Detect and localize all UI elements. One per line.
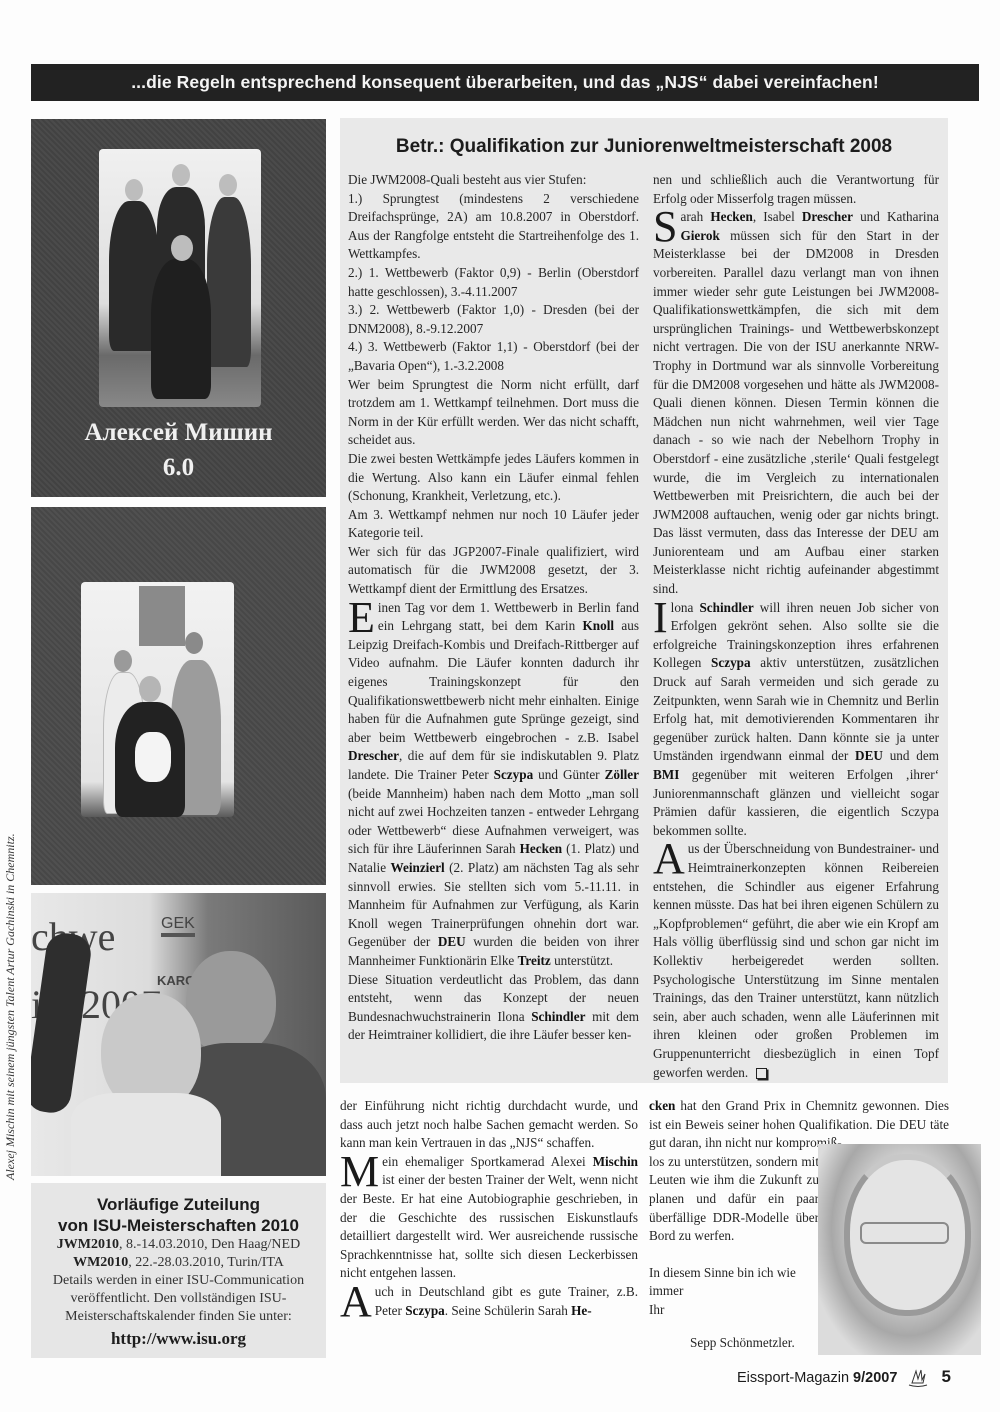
page-footer: Eissport-Magazin 9/2007 5 (737, 1367, 951, 1388)
paragraph: Wer sich für das JGP2007-Finale qualifiz… (348, 543, 639, 599)
paragraph: Auch in Deutschland gibt es gute Trainer… (340, 1283, 638, 1320)
drop-cap: S (653, 210, 677, 244)
paragraph: 2.) 1. Wettbewerb (Faktor 0,9) - Berlin … (348, 264, 639, 301)
paragraph: Sarah Hecken, Isabel Drescher und Kathar… (653, 208, 939, 598)
isu-championships-infobox: Vorläufige Zuteilung von ISU-Meisterscha… (31, 1183, 326, 1358)
paragraph: Wer beim Sprungtest die Norm nicht erfül… (348, 376, 639, 450)
infobox-note: Details werden in einer ISU-Communicatio… (31, 1272, 326, 1290)
issue-number: 9/2007 (853, 1370, 897, 1386)
page-number: 5 (941, 1367, 950, 1386)
drop-cap: E (348, 601, 375, 635)
paragraph: der Einführung nicht richtig durchdacht … (340, 1097, 638, 1153)
figure-head (171, 235, 193, 261)
article-title: Betr.: Qualifikation zur Juniorenweltmei… (340, 136, 948, 158)
book-cover-photo: Алексей Мишин 6.0 (31, 119, 326, 497)
headline-banner: ...die Regeln entsprechend konsequent üb… (31, 64, 979, 101)
figure-head (172, 164, 190, 186)
isu-link[interactable]: http://www.isu.org (31, 1328, 326, 1350)
figure-head (185, 632, 203, 654)
paragraph: 4.) 3. Wettbewerb (Faktor 1,1) - Oberstd… (348, 338, 639, 375)
paragraph: Ilona Schindler will ihren neuen Job sic… (653, 599, 939, 841)
paragraph: nen und schließlich auch die Verantwortu… (653, 171, 939, 208)
paragraph: los zu unterstützen, sondern mit Leuten … (649, 1153, 819, 1246)
figure-head (139, 676, 161, 702)
paragraph: Aus der Überschneidung von Bundestrainer… (653, 840, 939, 1082)
event-line: WM2010, 22.-28.03.2010, Turin/ITA (31, 1254, 326, 1272)
figure (207, 197, 251, 367)
drop-cap: I (653, 601, 668, 635)
article-column-2: nen und schließlich auch die Verantwortu… (653, 171, 939, 1082)
infobox-note: veröffentlicht. Den vollständigen ISU- (31, 1290, 326, 1308)
framed-picture (139, 586, 185, 646)
mishin-photo: chwe itz 2007 GEK KARO (31, 893, 326, 1176)
author-portrait (818, 1144, 981, 1355)
end-of-article-icon (756, 1068, 767, 1079)
article-box: Betr.: Qualifikation zur Juniorenweltmei… (340, 118, 948, 1083)
sponsor-logo: GEK (161, 915, 195, 937)
book-back-cover-photo (31, 507, 326, 885)
paragraph: Einen Tag vor dem 1. Wettbewerb in Berli… (348, 599, 639, 971)
drop-cap: A (340, 1285, 372, 1319)
paragraph: Am 3. Wettkampf nehmen nur noch 10 Läufe… (348, 506, 639, 543)
paragraph: Mein ehemaliger Sportkamerad Alexei Misc… (340, 1153, 638, 1283)
paragraph: Die zwei besten Wettkämpfe jedes Läufers… (348, 450, 639, 506)
cover-subtitle: 6.0 (31, 454, 326, 482)
author-signature: Sepp Schönmetzler. (690, 1335, 795, 1351)
event-line: JWM2010, 8.-14.03.2010, Den Haag/NED (31, 1236, 326, 1254)
cover-title: Алексей Мишин (31, 419, 326, 447)
glasses (860, 1222, 949, 1244)
magazine-name: Eissport-Magazin (737, 1370, 853, 1386)
paragraph: Diese Situation verdeutlicht das Problem… (348, 971, 639, 1045)
infobox-heading: Vorläufige Zuteilung (31, 1194, 326, 1215)
banner-text: ...die Regeln entsprechend konsequent üb… (131, 72, 879, 93)
paragraph: 1.) Sprungtest (mindestens 2 verschieden… (348, 190, 639, 264)
drop-cap: M (340, 1155, 379, 1189)
magazine-logo-icon (907, 1368, 929, 1388)
infobox-note: Meisterschaftskalender finden Sie unter: (31, 1308, 326, 1326)
photo-caption: Alexej Mischin mit seinem jüngsten Talen… (3, 740, 23, 1180)
group-photo (99, 149, 261, 407)
infobox-heading: von ISU-Meisterschaften 2010 (31, 1215, 326, 1236)
group-photo (81, 582, 234, 817)
seated-figure (151, 259, 211, 399)
flower-bouquet (135, 732, 171, 782)
figure-head (219, 174, 237, 196)
figure-head (125, 179, 143, 201)
figure-head (114, 650, 132, 672)
closing-line: In diesem Sinne bin ich wie immer (649, 1264, 819, 1301)
editorial-column-1: der Einführung nicht richtig durchdacht … (340, 1097, 638, 1320)
skater-towel (71, 1093, 221, 1176)
drop-cap: A (653, 842, 685, 876)
paragraph: Die JWM2008-Quali besteht aus vier Stufe… (348, 171, 639, 190)
paragraph: 3.) 2. Wettbewerb (Faktor 1,0) - Dresden… (348, 301, 639, 338)
article-column-1: Die JWM2008-Quali besteht aus vier Stufe… (348, 171, 639, 1045)
